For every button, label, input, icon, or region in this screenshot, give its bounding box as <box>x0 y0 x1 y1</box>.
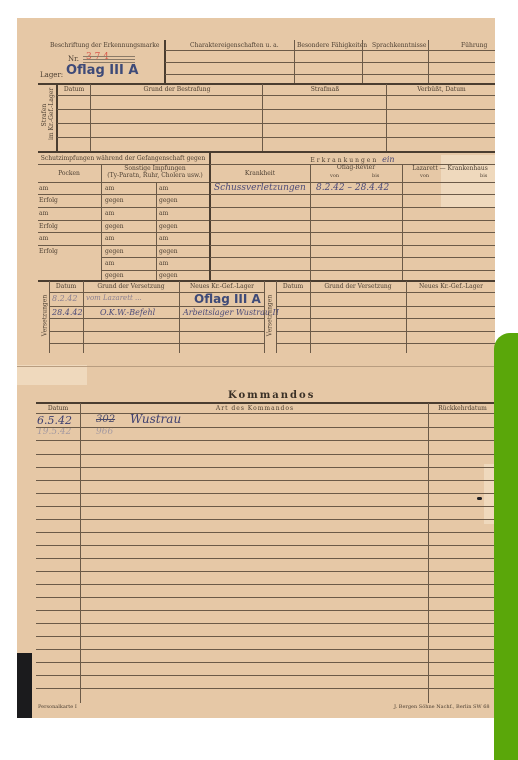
divider <box>36 480 495 481</box>
divider <box>209 152 211 280</box>
impfungen-col-sonstige: Sonstige Impfungen <box>102 165 208 172</box>
vers-grund-1: vom Lazarett ... <box>86 294 142 302</box>
sonstige-cell: am <box>159 235 168 242</box>
impfungen-title: Schutzimpfungen während der Gefangenscha… <box>38 155 208 162</box>
vers-datum-1: 8.2.42 <box>52 294 77 303</box>
divider <box>36 454 495 455</box>
label-charakter: Charaktereigenschaften u. a. <box>190 42 279 49</box>
vers2-col-lager: Neues Kr.-Gef.-Lager <box>407 283 495 290</box>
sonstige-cell: gegen <box>105 223 124 230</box>
green-side-bar <box>494 333 518 760</box>
strafen-col-strafmass: Strafmaß <box>264 86 386 93</box>
paper-patch <box>17 365 87 385</box>
divider <box>210 220 495 221</box>
divider <box>277 331 495 332</box>
divider <box>80 403 81 703</box>
revier-bis: bis <box>372 173 379 179</box>
divider <box>210 207 495 208</box>
divider <box>36 584 495 585</box>
sonstige-cell: gegen <box>159 197 178 204</box>
divider <box>165 50 495 51</box>
sonstige-cell: gegen <box>105 248 124 255</box>
divider <box>36 532 495 533</box>
divider <box>57 123 495 124</box>
divider <box>165 74 495 75</box>
divider <box>156 182 157 280</box>
lazarett-bis: bis <box>480 173 487 179</box>
sonstige-cell: am <box>105 210 114 217</box>
nr-value: 3 7 4 <box>86 52 109 62</box>
divider <box>386 84 387 152</box>
divider <box>50 306 264 307</box>
strafen-col-datum: Datum <box>58 86 90 93</box>
divider <box>36 610 495 611</box>
divider <box>57 137 495 138</box>
kommando-art-1: Wustrau <box>130 412 181 426</box>
erkrankungen-title-text: Erkrankungen <box>310 157 378 164</box>
erkrankungen-title: Erkrankungen ein <box>210 155 495 164</box>
divider <box>101 270 209 271</box>
divider <box>210 194 495 195</box>
erkrankungen-col-krankheit: Krankheit <box>212 170 308 177</box>
kommando-datum-1: 6.5.42 <box>37 414 72 427</box>
sonstige-cell: gegen <box>105 272 124 279</box>
divider <box>294 40 295 84</box>
vers-grund-2: O.K.W.-Befehl <box>100 308 155 317</box>
divider <box>36 519 495 520</box>
divider <box>277 306 495 307</box>
impfungen-col-pocken: Pocken <box>38 170 100 177</box>
label-erkennungsmarke: Beschriftung der Erkennungsmarke <box>50 42 159 49</box>
sonstige-cell: gegen <box>159 248 178 255</box>
divider <box>264 281 265 353</box>
divider <box>36 675 495 676</box>
divider <box>38 280 495 282</box>
divider <box>36 545 495 546</box>
divider <box>38 151 495 153</box>
krankheit-entry: Schussverletzungen <box>214 183 306 193</box>
divider <box>38 194 209 195</box>
pocken-cell: am <box>39 235 48 242</box>
sonstige-cell: gegen <box>159 223 178 230</box>
sonstige-cell: gegen <box>159 272 178 279</box>
divider <box>36 493 495 494</box>
vers-col-datum: Datum <box>50 283 82 290</box>
divider <box>277 343 495 344</box>
kommando-art-2: 966 <box>96 427 113 437</box>
divider <box>210 245 495 246</box>
kommando-art-struck-1: 302 <box>96 414 115 425</box>
nr-line <box>83 59 135 60</box>
form-id: Personalkarte I <box>38 704 77 710</box>
divider <box>36 571 495 572</box>
erkrankungen-title-hand: ein <box>382 155 394 164</box>
kommandos-col-datum: Datum <box>36 405 80 412</box>
sonstige-cell: am <box>105 185 114 192</box>
vers-col-lager: Neues Kr.-Gef.-Lager <box>180 283 264 290</box>
label-faehigkeiten: Besondere Fähigkeiten <box>297 42 367 49</box>
divider <box>210 270 495 271</box>
versetzungen-side-label: Versetzungen <box>42 291 49 341</box>
divider <box>38 245 209 246</box>
divider <box>38 182 209 183</box>
revier-entry: 8.2.42 – 28.4.42 <box>316 183 389 193</box>
divider <box>262 84 263 152</box>
strafen-side-label: Strafenim Kr.-Gef.-Lager <box>41 90 55 140</box>
label-fuehrung: Führung <box>461 42 487 49</box>
divider <box>36 623 495 624</box>
sonstige-cell: gegen <box>105 197 124 204</box>
lager-stamp: Oflag III A <box>66 63 138 78</box>
divider <box>36 558 495 559</box>
divider <box>36 427 495 428</box>
divider <box>38 83 495 85</box>
divider <box>277 292 495 293</box>
label-sprachkenntnisse: Sprachkenntnisse <box>372 42 426 49</box>
ink-blot <box>477 497 482 500</box>
strafen-col-grund: Grund der Bestrafung <box>92 86 262 93</box>
pocken-cell: am <box>39 210 48 217</box>
pocken-cell: Erfolg <box>39 248 58 255</box>
divider <box>36 506 495 507</box>
divider <box>165 62 495 63</box>
strafen-col-verbuesst: Verbüßt, Datum <box>388 86 495 93</box>
erkrankungen-col-revier: Oflag-Revier <box>312 164 400 171</box>
sonstige-cell: am <box>159 185 168 192</box>
divider <box>50 331 264 332</box>
divider <box>50 318 264 319</box>
vers-datum-2: 28.4.42 <box>52 308 83 317</box>
printer-imprint: J. Bergen Söhne Nachf., Berlin SW 68 <box>394 704 490 710</box>
pocken-cell: Erfolg <box>39 197 58 204</box>
strafen-label-1: Strafen <box>41 104 48 127</box>
divider <box>38 220 209 221</box>
pocken-cell: am <box>39 185 48 192</box>
sonstige-cell: am <box>105 235 114 242</box>
divider <box>36 440 495 441</box>
kommandos-col-art: Art des Kommandos <box>82 405 428 412</box>
sonstige-cell: am <box>159 210 168 217</box>
sonstige-cell: am <box>105 260 114 267</box>
sonstige-cell: am <box>159 260 168 267</box>
nr-line <box>83 56 135 57</box>
vers-lager-1-stamp: Oflag III A <box>194 292 261 306</box>
divider <box>36 402 495 404</box>
strafen-label-2: im Kr.-Gef.-Lager <box>48 88 55 140</box>
impfungen-col-sonstige-sub: (Ty-Paratn, Ruhr, Cholera usw.) <box>102 172 208 179</box>
divider <box>50 343 264 344</box>
divider <box>36 636 495 637</box>
divider <box>36 649 495 650</box>
vers2-col-datum: Datum <box>277 283 309 290</box>
divider <box>36 688 495 689</box>
divider <box>428 40 429 84</box>
kommando-datum-2: 19.5.42 <box>37 427 71 437</box>
divider <box>36 597 495 598</box>
erkrankungen-col-lazarett: Lazarett — Krankenhaus <box>404 165 496 172</box>
divider <box>57 95 495 96</box>
divider <box>90 84 91 152</box>
divider <box>57 109 495 110</box>
divider <box>210 232 495 233</box>
divider <box>428 403 429 703</box>
kommandos-title: Kommandos <box>228 390 315 401</box>
divider <box>101 257 209 258</box>
pocken-cell: Erfolg <box>39 223 58 230</box>
revier-von: von <box>330 173 339 179</box>
fold-line <box>17 366 495 367</box>
scan-edge <box>17 653 32 718</box>
divider <box>210 257 495 258</box>
kommandos-col-rueckkehr: Rückkehrdatum <box>430 405 495 412</box>
divider <box>38 232 209 233</box>
divider <box>362 40 363 84</box>
divider <box>36 662 495 663</box>
divider <box>277 318 495 319</box>
divider <box>38 207 209 208</box>
lazarett-von: von <box>420 173 429 179</box>
lager-label: Lager: <box>40 71 63 79</box>
divider <box>36 467 495 468</box>
versetzungen-side-label-2: Versetzungen <box>267 291 274 341</box>
vers-col-grund: Grund der Versetzung <box>84 283 178 290</box>
nr-label: Nr. <box>68 55 79 63</box>
vers2-col-grund: Grund der Versetzung <box>311 283 405 290</box>
